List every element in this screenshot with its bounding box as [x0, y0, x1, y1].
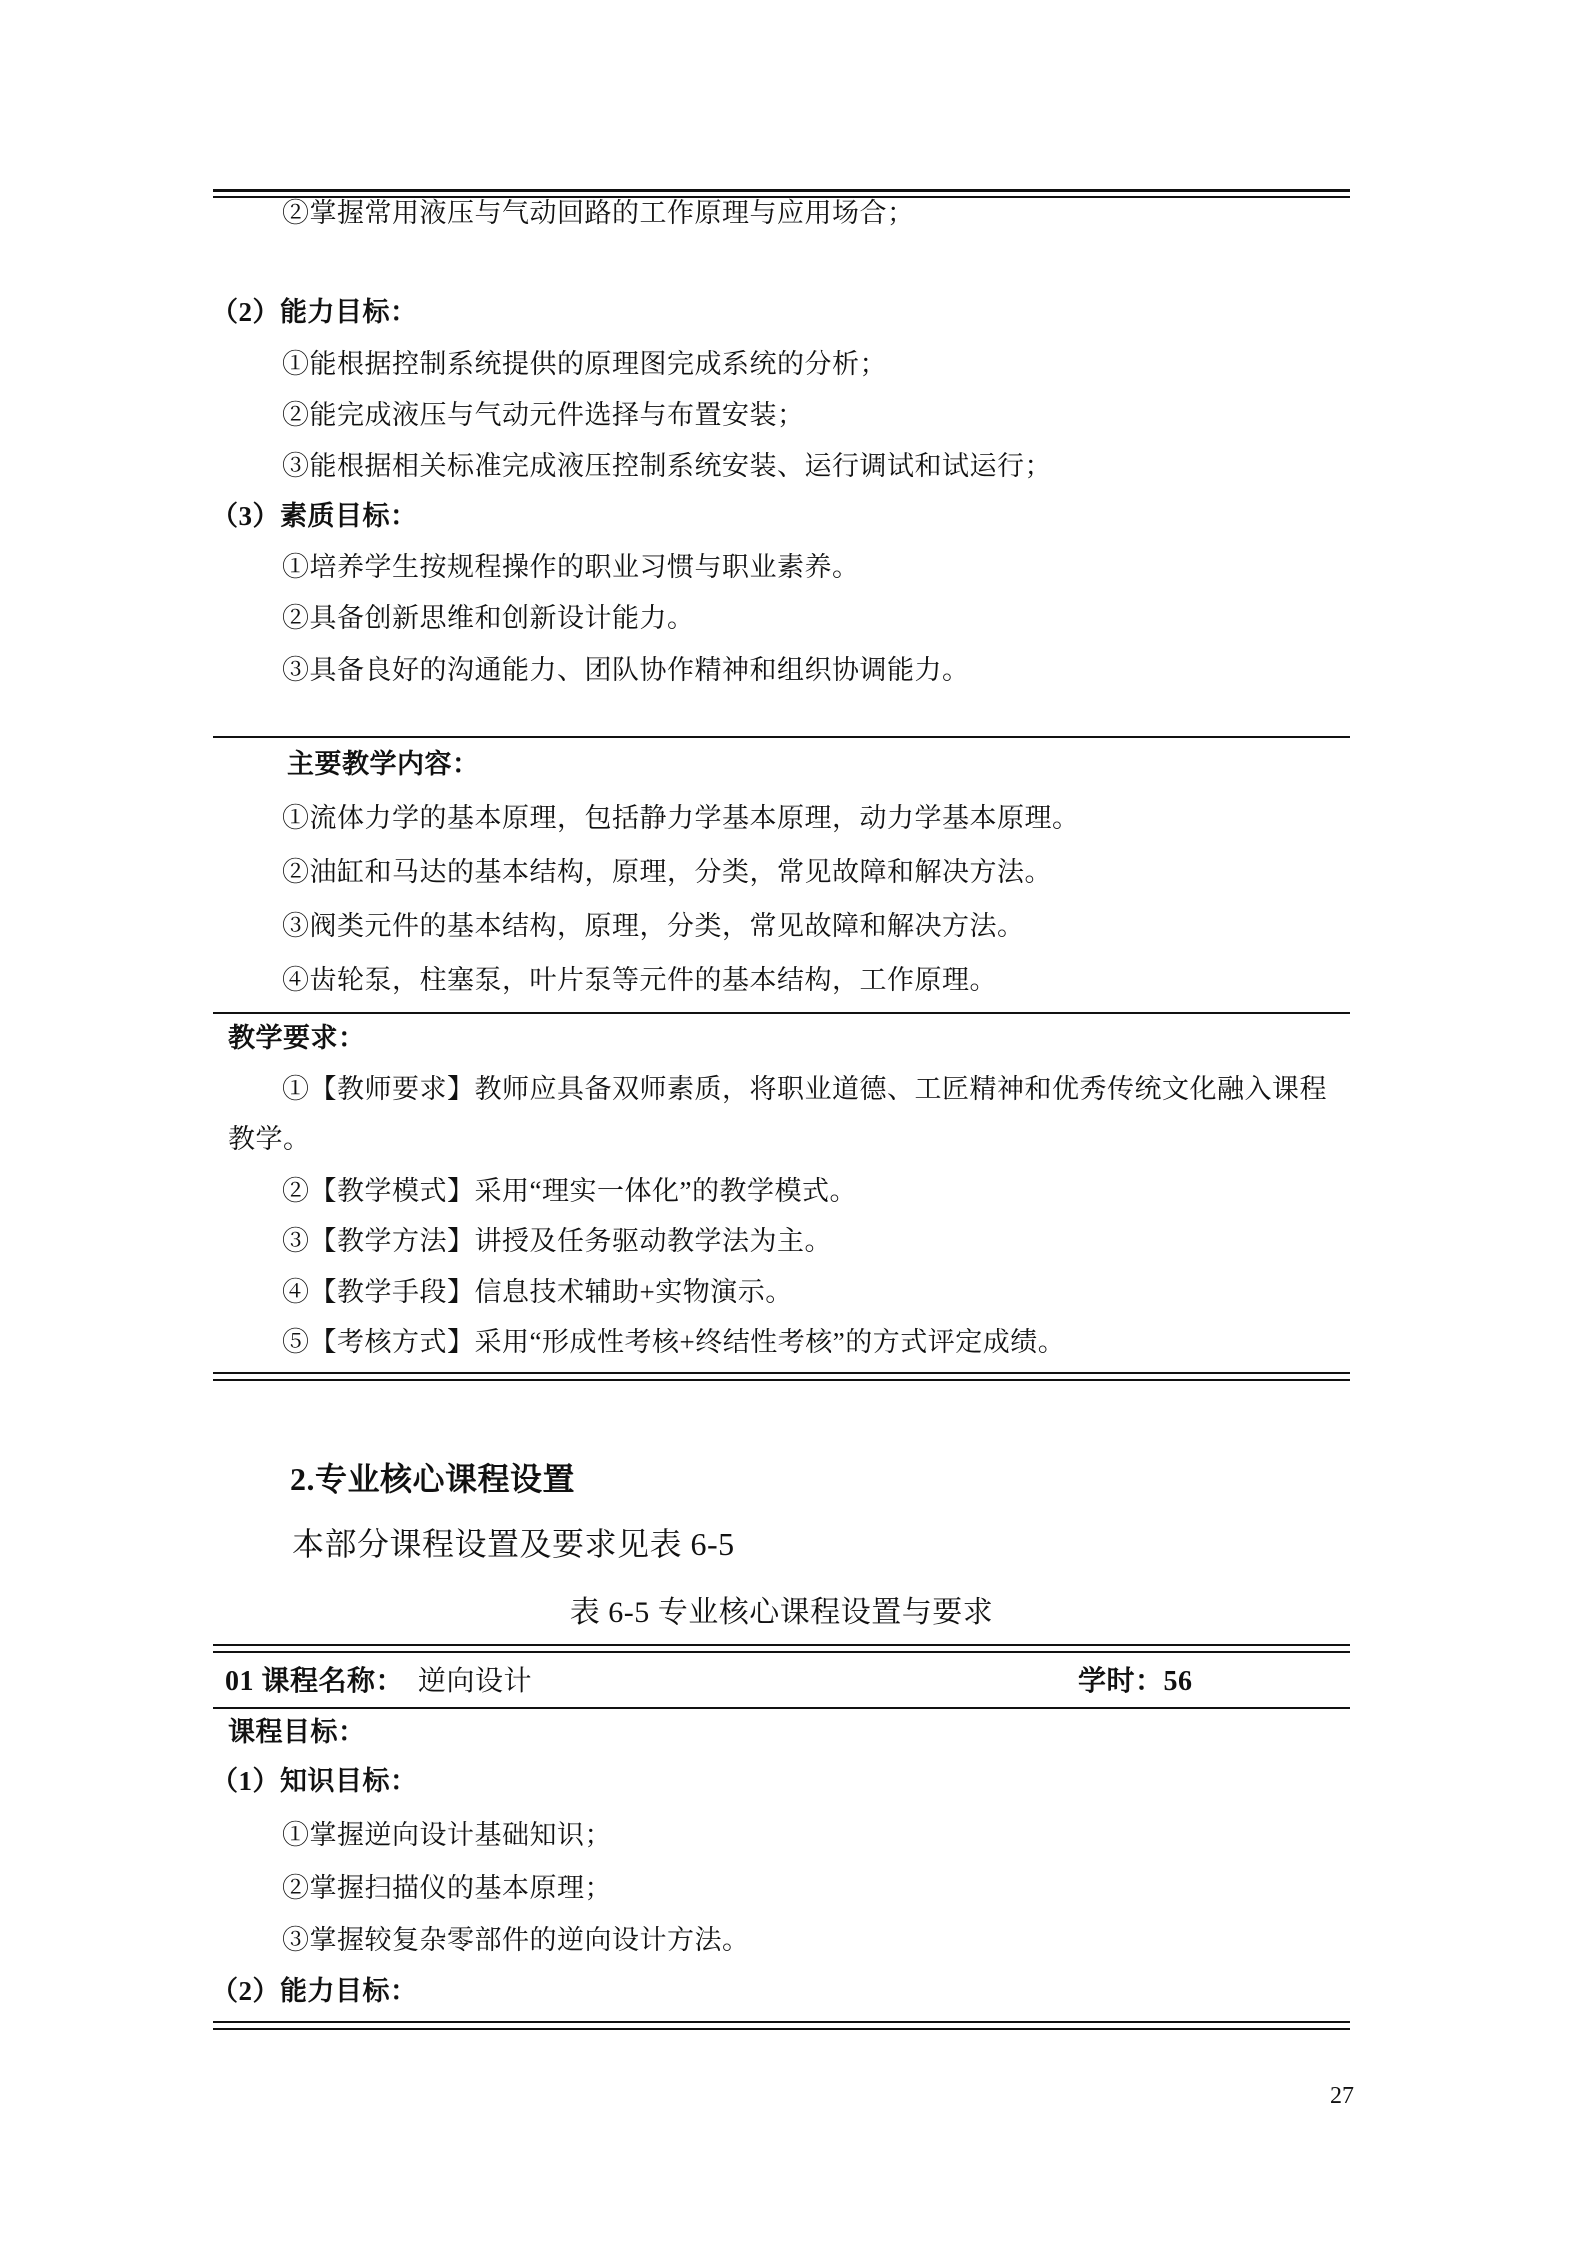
knowledge-goal-item-2: ②掌握常用液压与气动回路的工作原理与应用场合；: [282, 196, 915, 230]
page-number: 27: [1330, 2081, 1354, 2111]
table-6-5-caption: 表 6-5 专业核心课程设置与要求: [213, 1594, 1350, 1632]
quality-goal-item-2: ②具备创新思维和创新设计能力。: [282, 601, 695, 635]
ability-goals-heading-2: （2）能力目标：: [211, 1974, 418, 2008]
teaching-method-item: ③【教学方法】讲授及任务驱动教学法为主。: [282, 1224, 832, 1258]
course-hours-label: 学时：: [1078, 1666, 1164, 1697]
course-hours: 学时：56: [1078, 1664, 1193, 1700]
quality-goals-heading: （3）素质目标：: [211, 499, 418, 533]
teacher-requirement-line-1: ①【教师要求】教师应具备双师素质，将职业道德、工匠精神和优秀传统文化融入课程: [282, 1072, 1327, 1106]
document-page: ②掌握常用液压与气动回路的工作原理与应用场合； （2）能力目标： ①能根据控制系…: [0, 0, 1587, 2245]
quality-goal-item-3: ③具备良好的沟通能力、团队协作精神和组织协调能力。: [282, 653, 970, 687]
course-table-top-rule: [213, 1644, 1350, 1653]
teaching-content-item-4: ④齿轮泵，柱塞泵，叶片泵等元件的基本结构，工作原理。: [282, 963, 997, 997]
ability-goal-item-2: ②能完成液压与气动元件选择与布置安装；: [282, 398, 805, 432]
knowledge-goals-heading: （1）知识目标：: [211, 1764, 418, 1798]
teaching-requirements-rule: [213, 1012, 1350, 1014]
teaching-content-item-1: ①流体力学的基本原理，包括静力学基本原理，动力学基本原理。: [282, 801, 1080, 835]
section-intro: 本部分课程设置及要求见表 6-5: [292, 1524, 735, 1564]
course-goals-heading: 课程目标：: [228, 1715, 366, 1749]
knowledge-goal-item-3: ③掌握较复杂零部件的逆向设计方法。: [282, 1923, 750, 1957]
knowledge-goal-item-1: ①掌握逆向设计基础知识；: [282, 1818, 612, 1852]
upper-table-end-rule: [213, 1372, 1350, 1381]
course-name-value: 逆向设计: [418, 1664, 532, 1700]
course-no-label: 01 课程名称：: [225, 1664, 404, 1700]
ability-goal-item-3: ③能根据相关标准完成液压控制系统安装、运行调试和试运行；: [282, 449, 1052, 483]
quality-goal-item-1: ①培养学生按规程操作的职业习惯与职业素养。: [282, 550, 860, 584]
knowledge-goal-item-2: ②掌握扫描仪的基本原理；: [282, 1871, 612, 1905]
assessment-item: ⑤【考核方式】采用“形成性考核+终结性考核”的方式评定成绩。: [282, 1325, 1065, 1359]
page-bottom-rule: [213, 2021, 1350, 2030]
teaching-means-item: ④【教学手段】信息技术辅助+实物演示。: [282, 1275, 793, 1309]
teaching-content-item-2: ②油缸和马达的基本结构，原理，分类，常见故障和解决方法。: [282, 855, 1052, 889]
teaching-content-heading: 主要教学内容：: [287, 747, 480, 781]
ability-goals-heading: （2）能力目标：: [211, 295, 418, 329]
section-heading: 2.专业核心课程设置: [290, 1459, 575, 1499]
teaching-mode-item: ②【教学模式】采用“理实一体化”的教学模式。: [282, 1174, 857, 1208]
teaching-content-item-3: ③阀类元件的基本结构，原理，分类，常见故障和解决方法。: [282, 909, 1025, 943]
teaching-requirements-heading: 教学要求：: [228, 1021, 366, 1055]
teacher-requirement-line-2: 教学。: [228, 1122, 311, 1156]
ability-goal-item-1: ①能根据控制系统提供的原理图完成系统的分析；: [282, 347, 887, 381]
teaching-content-rule: [213, 736, 1350, 738]
course-header-rule: [213, 1707, 1350, 1709]
course-hours-value: 56: [1164, 1666, 1193, 1697]
